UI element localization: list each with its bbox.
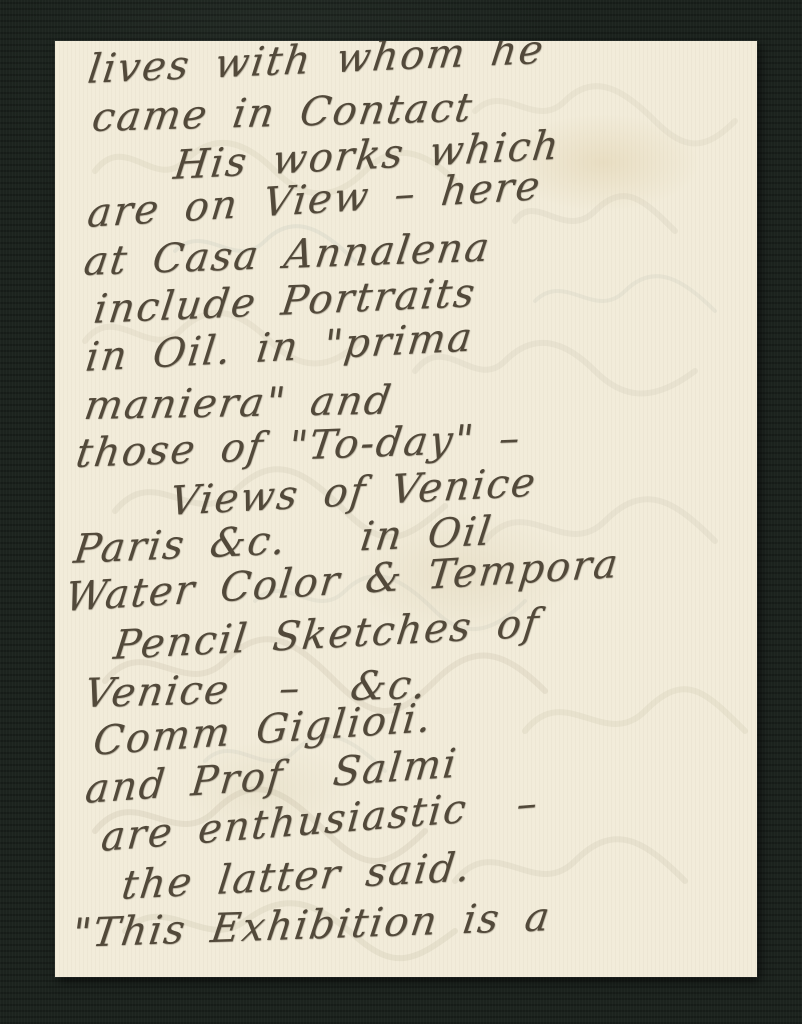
letter-page: lives with whom he came in Contact His w… bbox=[55, 41, 757, 977]
album-board: lives with whom he came in Contact His w… bbox=[0, 0, 802, 1024]
handwriting-block: lives with whom he came in Contact His w… bbox=[55, 41, 757, 977]
